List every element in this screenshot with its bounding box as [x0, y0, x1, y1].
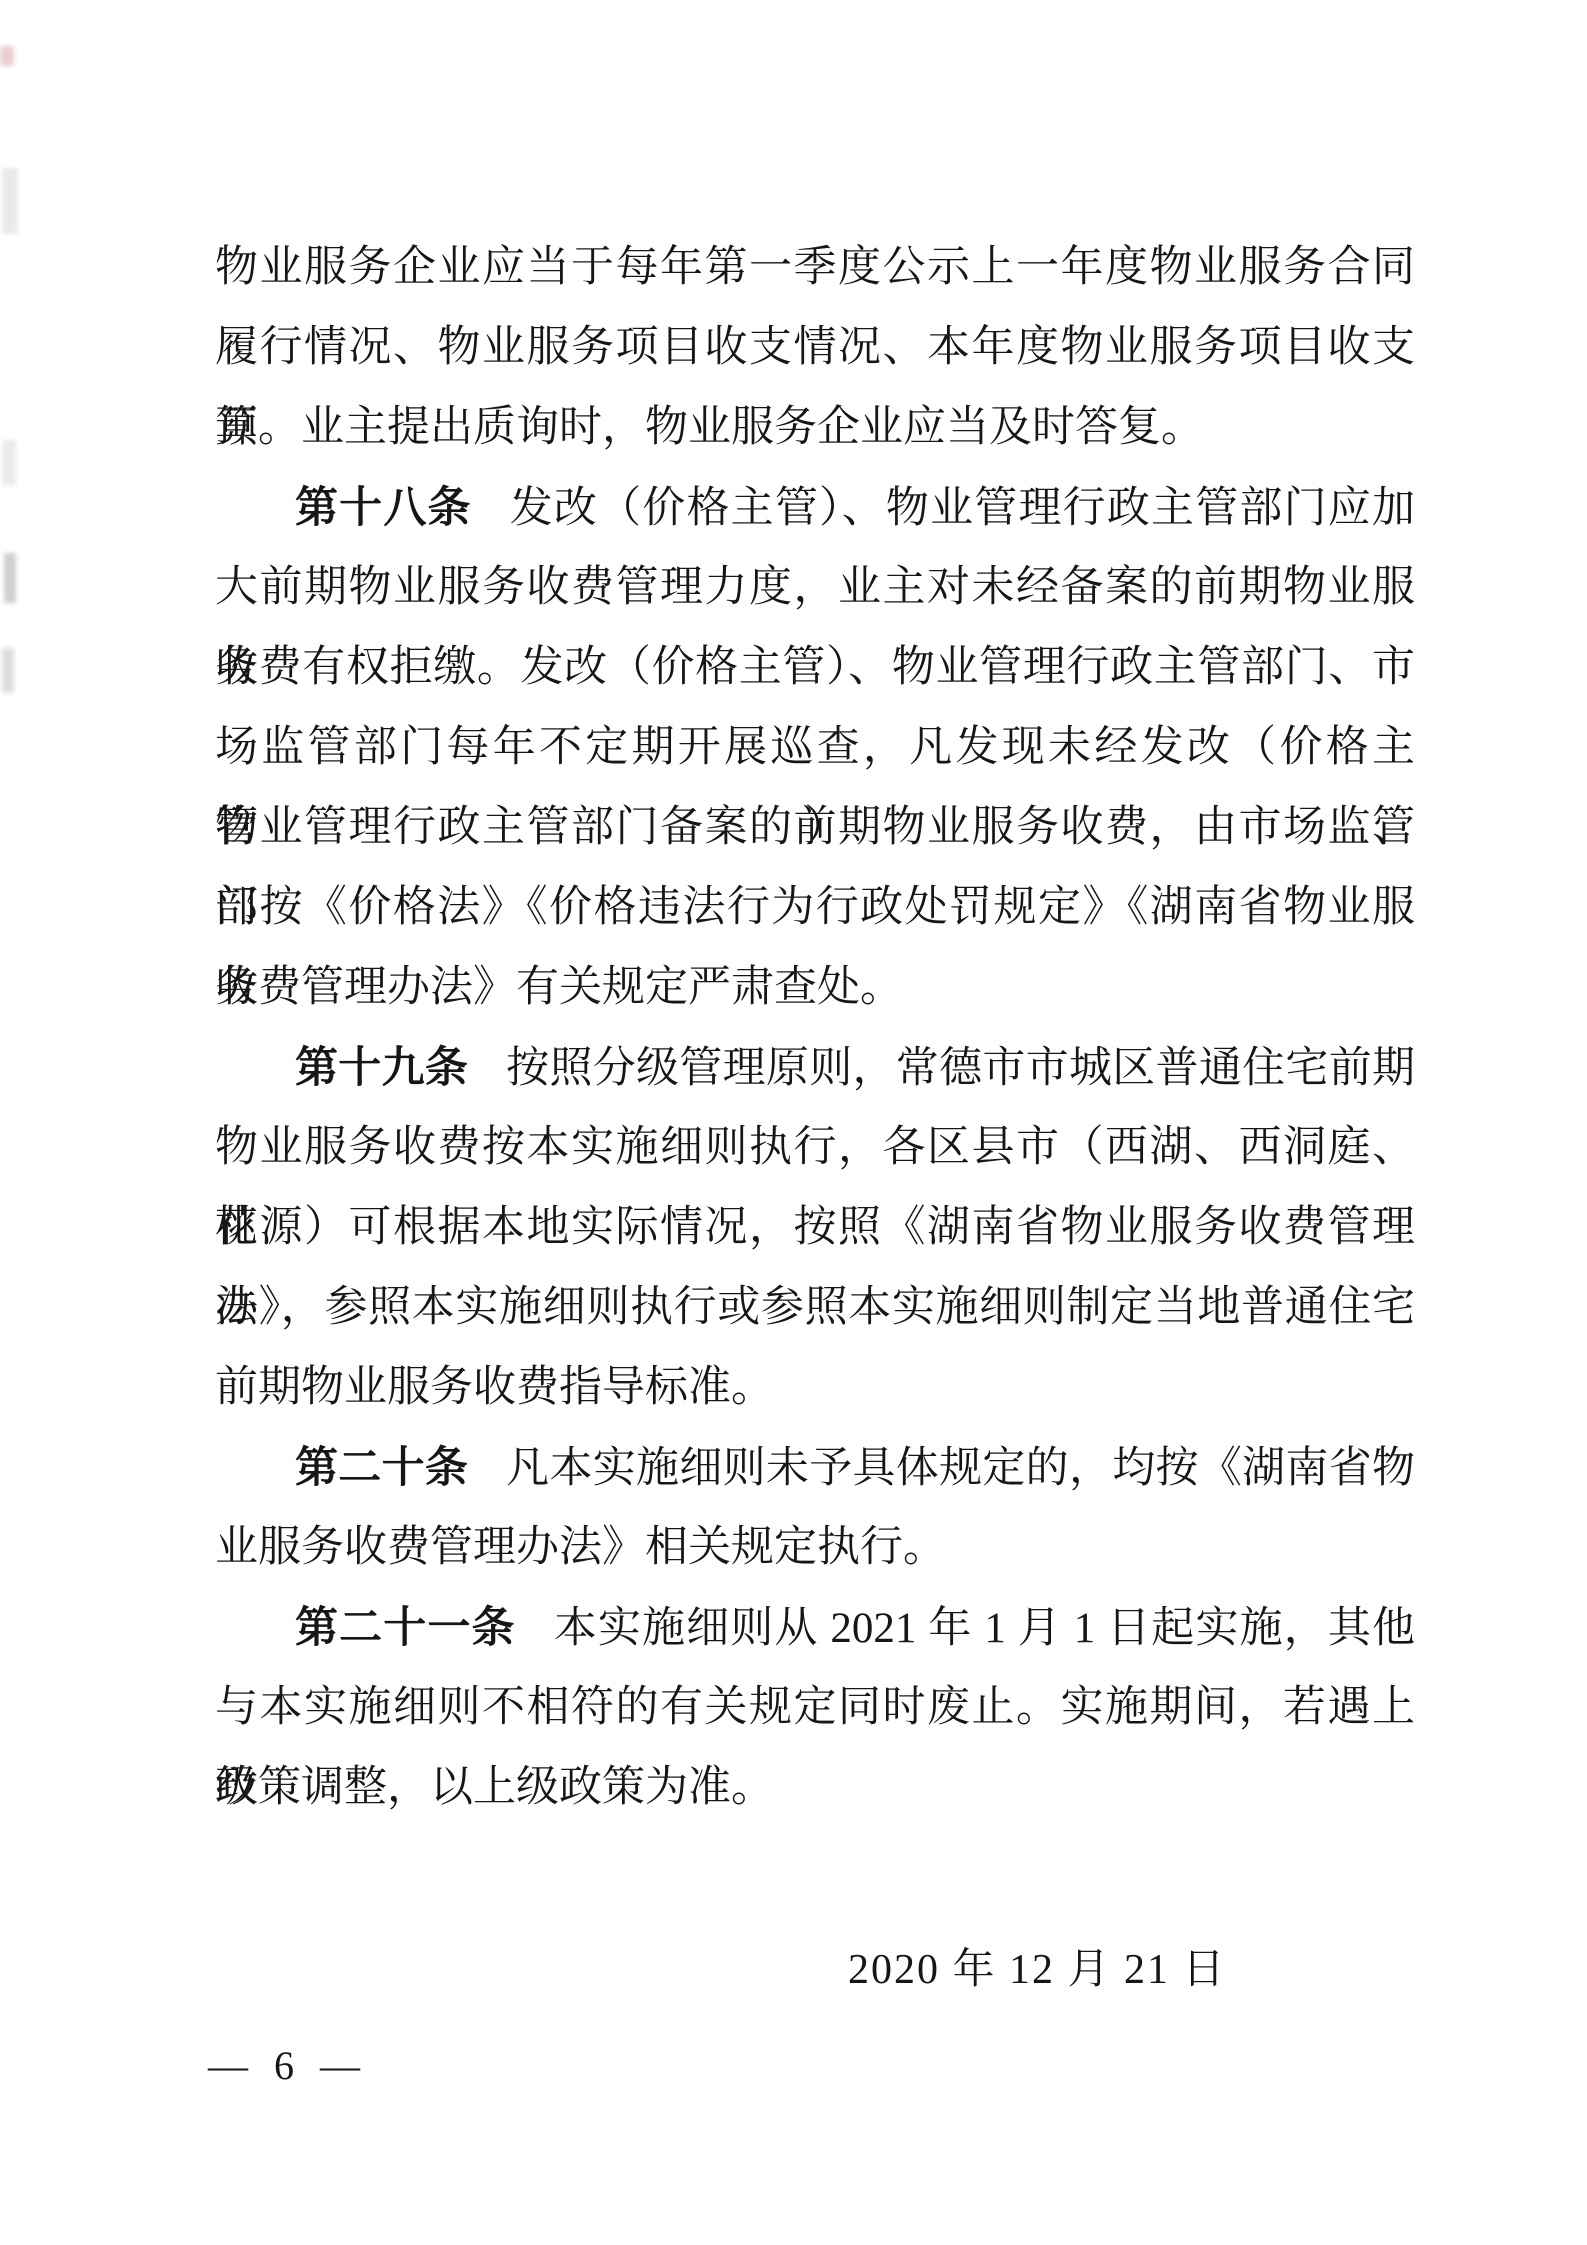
article-number: 第二十条 — [295, 1444, 468, 1492]
text-segment: 算。业主提出质询时，物业服务企业应当及时答复。 — [215, 404, 1204, 451]
text-line: 第二十一条本实施细则从 2021 年 1 月 1 日起实施，其他 — [215, 1588, 1415, 1668]
text-line: 算。业主提出质询时，物业服务企业应当及时答复。 — [215, 388, 1415, 468]
text-line: 门按《价格法》《价格违法行为行政处罚规定》《湖南省物业服务 — [215, 868, 1415, 948]
text-segment: 业服务收费管理办法》相关规定执行。 — [215, 1524, 946, 1571]
text-line: 收费管理办法》有关规定严肃查处。 — [215, 948, 1415, 1028]
text-line: 物业服务企业应当于每年第一季度公示上一年度物业服务合同 — [215, 228, 1415, 308]
scan-artifact — [4, 553, 16, 603]
text-line: 花源）可根据本地实际情况，按照《湖南省物业服务收费管理办 — [215, 1188, 1415, 1268]
document-body: 物业服务企业应当于每年第一季度公示上一年度物业服务合同履行情况、物业服务项目收支… — [215, 228, 1415, 1828]
text-line: 政策调整，以上级政策为准。 — [215, 1748, 1415, 1828]
text-segment: 前期物业服务收费指导标准。 — [215, 1364, 774, 1411]
text-line: 收费有权拒缴。发改（价格主管）、物业管理行政主管部门、市 — [215, 628, 1415, 708]
scan-artifact — [2, 168, 18, 234]
text-line: 第十九条按照分级管理原则，常德市市城区普通住宅前期 — [215, 1028, 1415, 1108]
text-line: 前期物业服务收费指导标准。 — [215, 1348, 1415, 1428]
text-segment: 收费有权拒缴。发改（价格主管）、物业管理行政主管部门、市 — [215, 644, 1415, 691]
document-date: 2020 年 12 月 21 日 — [848, 1938, 1227, 2002]
text-line: 业服务收费管理办法》相关规定执行。 — [215, 1508, 1415, 1588]
document-page: 物业服务企业应当于每年第一季度公示上一年度物业服务合同履行情况、物业服务项目收支… — [0, 0, 1587, 2245]
text-line: 履行情况、物业服务项目收支情况、本年度物业服务项目收支预 — [215, 308, 1415, 388]
text-segment: 按照分级管理原则，常德市市城区普通住宅前期 — [506, 1045, 1415, 1092]
article-number: 第十八条 — [295, 484, 472, 532]
text-segment: 收费管理办法》有关规定严肃查处。 — [215, 964, 903, 1011]
text-line: 第二十条凡本实施细则未予具体规定的，均按《湖南省物 — [215, 1428, 1415, 1508]
text-line: 物业服务收费按本实施细则执行，各区县市（西湖、西洞庭、桃 — [215, 1108, 1415, 1188]
text-line: 物业管理行政主管部门备案的前期物业服务收费，由市场监管部 — [215, 788, 1415, 868]
scan-artifact-red — [0, 46, 14, 66]
text-segment: 本实施细则从 2021 年 1 月 1 日起实施，其他 — [554, 1605, 1415, 1652]
text-segment: 物业服务企业应当于每年第一季度公示上一年度物业服务合同 — [215, 244, 1415, 291]
article-number: 第二十一条 — [295, 1604, 516, 1652]
text-segment: 发改（价格主管）、物业管理行政主管部门应加 — [510, 485, 1415, 532]
article-number: 第十九条 — [295, 1044, 468, 1092]
scan-artifact — [2, 440, 16, 485]
text-segment: 政策调整，以上级政策为准。 — [215, 1764, 774, 1811]
text-line: 大前期物业服务收费管理力度，业主对未经备案的前期物业服务 — [215, 548, 1415, 628]
text-segment: 法》，参照本实施细则执行或参照本实施细则制定当地普通住宅 — [215, 1284, 1415, 1331]
text-line: 第十八条发改（价格主管）、物业管理行政主管部门应加 — [215, 468, 1415, 548]
text-line: 与本实施细则不相符的有关规定同时废止。实施期间，若遇上级 — [215, 1668, 1415, 1748]
page-number: — 6 — — [208, 2038, 368, 2094]
text-line: 法》，参照本实施细则执行或参照本实施细则制定当地普通住宅 — [215, 1268, 1415, 1348]
text-line: 场监管部门每年不定期开展巡查，凡发现未经发改（价格主管）、 — [215, 708, 1415, 788]
scan-artifact — [2, 648, 14, 693]
text-segment: 凡本实施细则未予具体规定的，均按《湖南省物 — [506, 1445, 1415, 1492]
